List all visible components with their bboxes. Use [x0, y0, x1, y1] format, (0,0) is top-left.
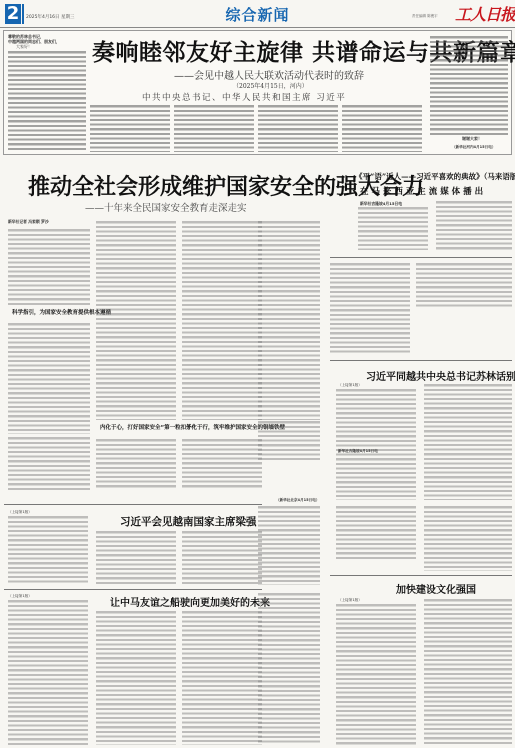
salutation-line-3: 大家好！ — [16, 45, 32, 50]
friendship-column-3 — [182, 610, 262, 745]
malay-column-1 — [358, 206, 428, 250]
meeting-column-1 — [8, 515, 88, 585]
security-column-2b — [96, 438, 176, 490]
friendship-column-4 — [258, 592, 320, 745]
divider-farewell-top — [330, 360, 512, 361]
divider-meeting — [4, 589, 262, 590]
masthead-rule — [0, 27, 515, 28]
meeting-column-3 — [182, 530, 262, 586]
farewell-headline: 习近平同越共中央总书记苏林话别 — [366, 368, 515, 383]
security-column-4b — [258, 420, 320, 460]
meeting-column-2 — [96, 530, 176, 586]
meeting-continuation: （上接第1版） — [8, 510, 32, 515]
meeting-column-5 — [336, 505, 416, 561]
meeting-headline: 习近平会见越南国家主席梁强 — [120, 514, 257, 529]
speech-source: （新华社河内4月15日电） — [452, 145, 495, 150]
security-column-2 — [96, 220, 176, 420]
security-column-3b — [182, 438, 262, 490]
security-column-3 — [182, 220, 262, 420]
culture-column-2 — [424, 598, 512, 745]
divider-malay — [330, 257, 512, 258]
feature-subtitle: ——会见中越人民大联欢活动代表时的致辞 — [174, 67, 364, 82]
farewell-prev-col-1 — [330, 262, 410, 354]
farewell-column-1 — [336, 388, 416, 500]
security-subtitle: ——十年来全民国家安全教育走深走实 — [85, 200, 247, 214]
divider-security — [4, 504, 262, 505]
newspaper-logo: 工人日报 — [455, 2, 515, 25]
culture-column-1 — [336, 603, 416, 745]
culture-headline: 加快建设文化强国 — [396, 581, 476, 596]
speech-closing: 谢谢大家！ — [462, 137, 482, 142]
farewell-prev-col-2 — [416, 262, 512, 308]
speech-column-5 — [342, 104, 422, 152]
security-source: （新华社北京4月15日电） — [276, 498, 319, 503]
friendship-headline: 让中马友谊之船驶向更加美好的未来 — [110, 594, 270, 609]
culture-continuation: （上接第1版） — [338, 598, 362, 603]
farewell-continuation: （上接第1版） — [338, 383, 362, 388]
meeting-column-4 — [258, 505, 320, 585]
speech-column-1 — [8, 50, 86, 152]
security-column-1c — [8, 436, 90, 490]
divider-culture — [330, 575, 512, 576]
speech-column-4 — [258, 104, 338, 152]
feature-author: 中共中央总书记、中华人民共和国主席 习近平 — [142, 91, 346, 103]
security-column-1b — [8, 322, 90, 434]
friendship-column-1 — [8, 599, 88, 745]
security-subhead-2: 内化于心，打好国家安全“第一粒扣子” — [100, 423, 195, 431]
feature-dateline: （2025年4月15日，河内） — [233, 81, 308, 90]
security-column-1a — [8, 228, 90, 306]
speech-column-6 — [430, 35, 508, 135]
security-column-4 — [258, 220, 320, 420]
malay-headline-1: 《平“语”近人——习近平喜欢的典故》（马来语版） — [355, 171, 515, 182]
speech-column-2 — [90, 104, 170, 152]
malay-column-2 — [436, 200, 512, 250]
friendship-continuation: （上接第1版） — [8, 594, 32, 599]
malay-headline-2: 在 马 来 西 亚 主 流 媒 体 播 出 — [360, 185, 483, 197]
friendship-column-2 — [96, 610, 176, 745]
meeting-column-6 — [424, 505, 512, 571]
farewell-dateline: 新华社吉隆坡4月15日电 — [338, 449, 378, 454]
editor-credit: 责任编辑 陈俊宇 — [412, 14, 438, 19]
security-byline: 新华社记者 冯家顺 罗沙 — [8, 220, 49, 225]
farewell-column-2 — [424, 383, 512, 500]
speech-column-3 — [174, 104, 254, 152]
